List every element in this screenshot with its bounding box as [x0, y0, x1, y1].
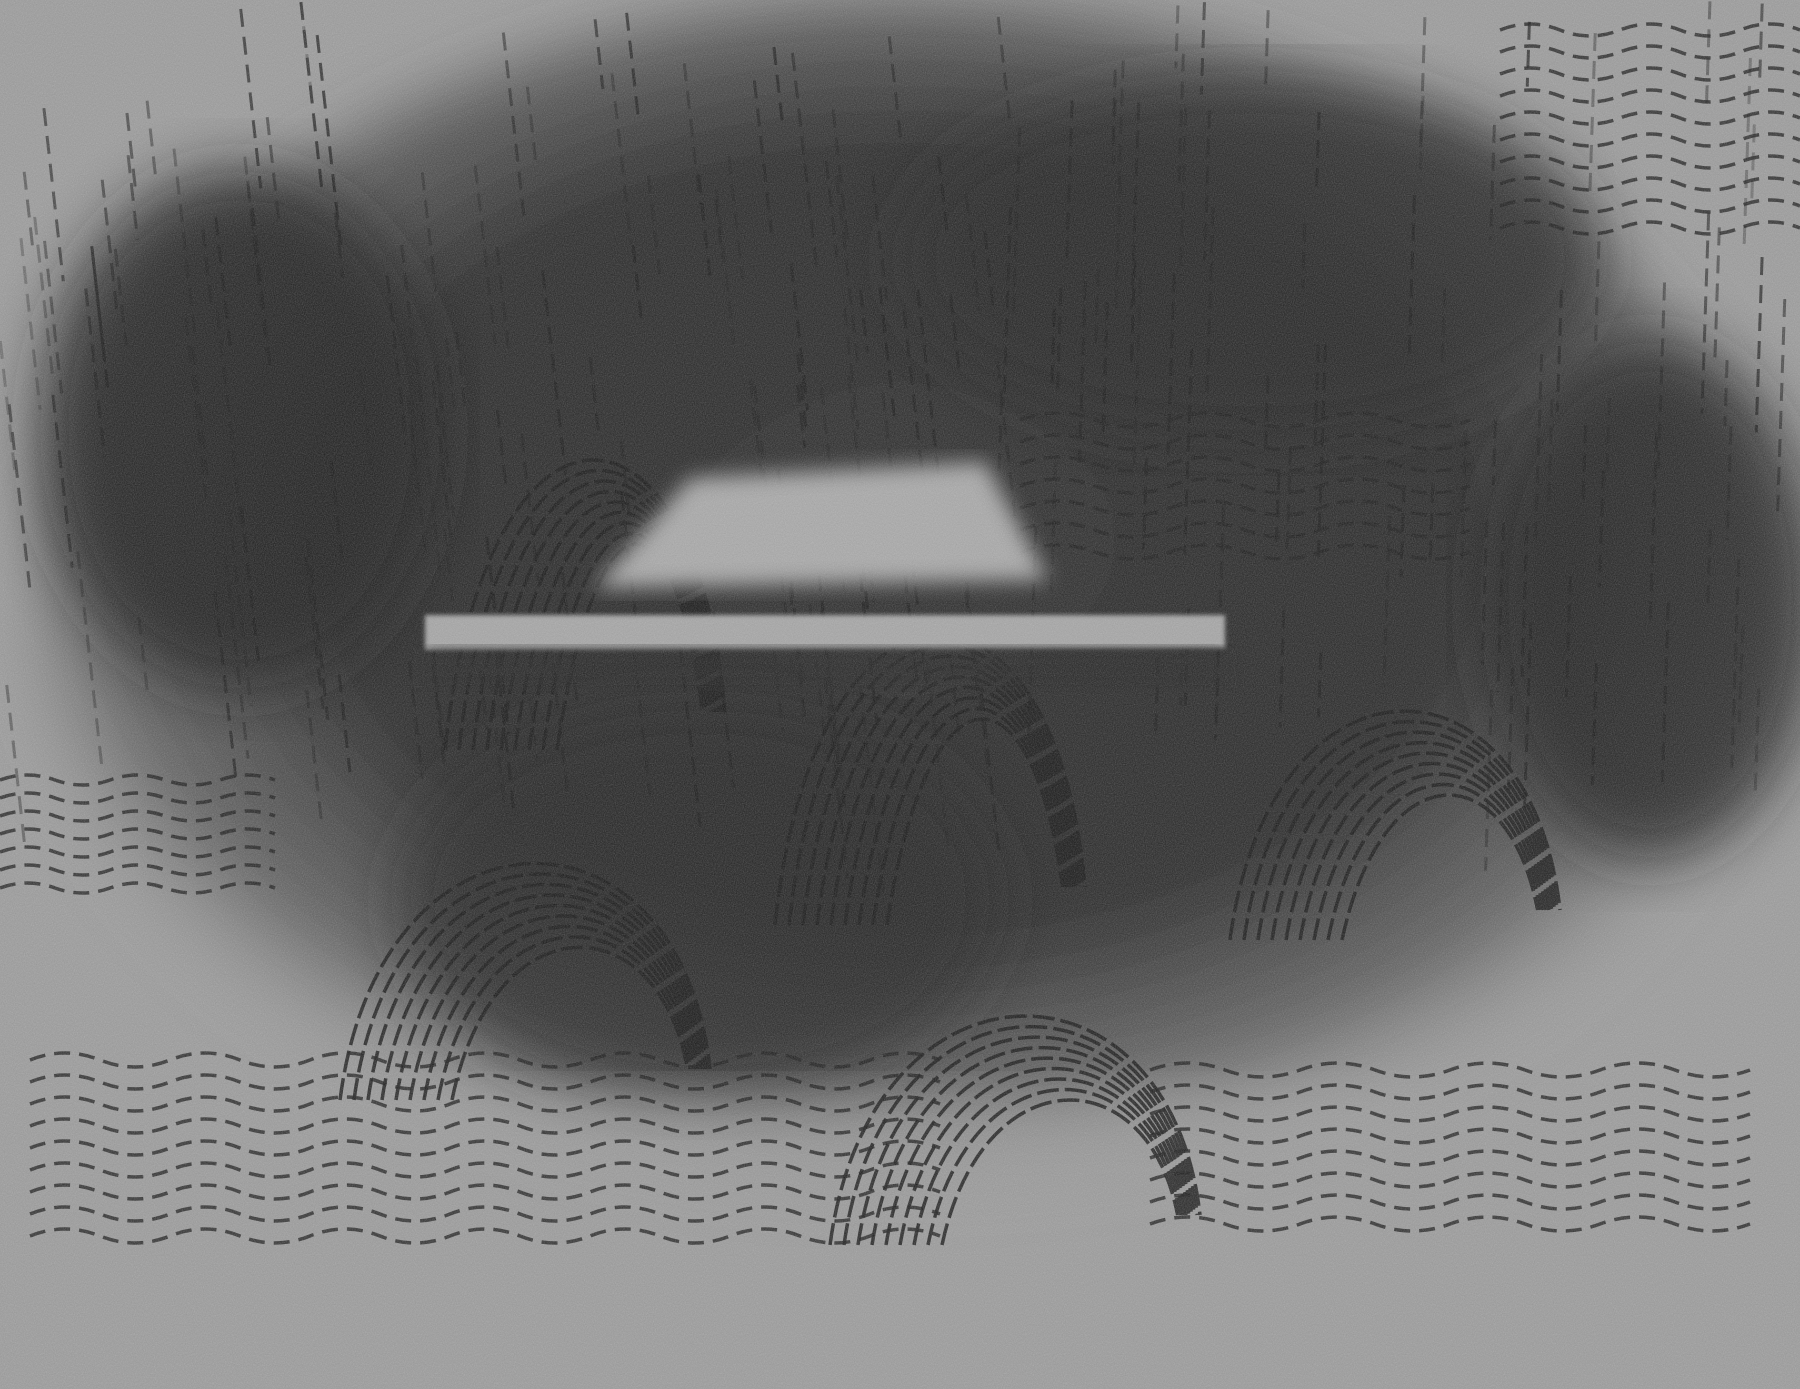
charcoal-drawing [0, 0, 1800, 1389]
